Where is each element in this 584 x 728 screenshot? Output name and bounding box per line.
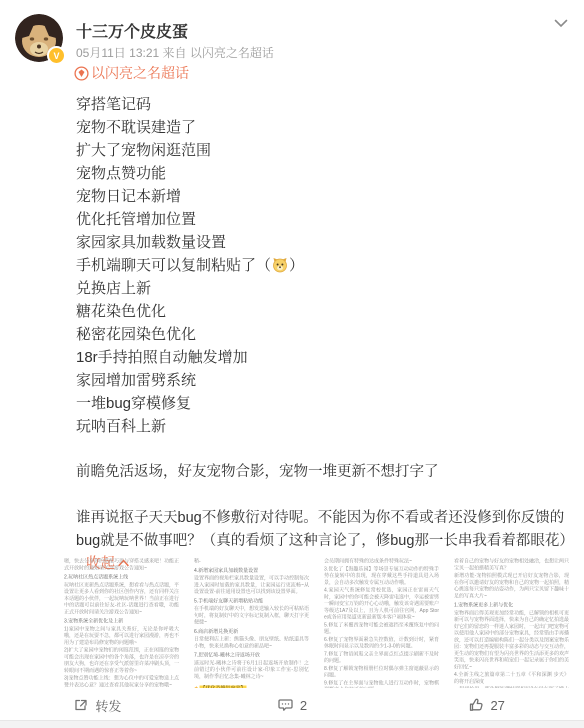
attachment-paragraph: 6.修复了宠物界面紧急失控数值，计数到计时，紧育休眠时间显示以及数周的少1-3-…	[324, 636, 439, 650]
attachment-paragraph: 玩呐社区更新热点话题系统，想看看与热点话题，平设置让更多人看到你的社区创作内容，…	[64, 582, 179, 616]
attachment-paragraph: 遥远时光-曦林之诗将于6月1日起返场开放制作！之前错过的小伙伴可前往设计家-印象…	[194, 660, 309, 680]
chevron-down-icon[interactable]	[554, 16, 568, 26]
post-line: 穿搭笔记码	[76, 93, 574, 116]
attachment-text-column[interactable]: 看着自己的宠物与好友的宠物相处融洽，也想让两只宝贝一起拍摄精美写真？新增功能-宠…	[454, 556, 569, 688]
attachment-heading: 4.新增家园家具加载数量设置	[194, 567, 309, 574]
attachment-paragraph: 一起初始说，那生糖矩骤结联机吗?在觉东深了增十堰	[454, 686, 569, 688]
attachment-text-column[interactable]: 会员期间拥有特殊的达成条件特殊玩法~3.优化了【海趣乐园】等场景专属互动动作的特…	[324, 556, 439, 688]
post-paragraph-pets: 前瞻免活返场，好友宠物合影，宠物一堆更新不想打字了	[76, 461, 574, 484]
attachment-paragraph: 1)家园中宠物之间与家具关系好，无论是你呼吸大哦，还是在玩耍不急，都可以进行家园…	[64, 626, 179, 646]
attachment-highlight: ★【优化及修复内容】	[194, 685, 309, 688]
action-bar: 转发 2 27	[0, 690, 584, 720]
post-line: 家园家具加载数量设置	[76, 231, 574, 254]
post-line: 一堆bug穿模修复	[76, 392, 574, 415]
attachment-paragraph: 8.修复了解锁宠物相册栏位时偶尔弹主窗遮蔽显示的问题。	[324, 665, 439, 679]
attachment-heading: 5.手机端好友聊天新增粘贴功能	[194, 598, 309, 605]
post-line: 兑换店上新	[76, 277, 574, 300]
attachment-paragraph: 3)宠物点赞功能上线：想为心仪中的可爱宠物送上点赞并表达心意？通过查看其他玩家分…	[64, 675, 179, 688]
attachment-paragraph: 宠物界面后得美观更加经常功能，已解锁的相机可更新可以与宠物界面选择，快来为自己的…	[454, 610, 569, 671]
attachment-paragraph: 7.修复了物语闲逛父亲主界面点红点提示刷新不及时的问题。	[324, 651, 439, 665]
post-line: 家园增加雷劈系统	[76, 369, 574, 392]
username[interactable]: 十三万个皮皮蛋	[76, 19, 188, 42]
like-icon	[468, 697, 484, 713]
post-line: 扩大了宠物闲逛范围	[76, 139, 574, 162]
attachment-heading: 3.宠物系统全新优化及上新	[64, 618, 179, 625]
bottom-divider	[0, 720, 584, 728]
supertopic-badge-icon	[74, 66, 89, 81]
attachment-images[interactable]: 嗯，快去分享你的搭配巧思与穿搭灵感来吧！功能正式开放时的通知请关注游戏公告通知~…	[64, 556, 570, 688]
repost-button[interactable]: 转发	[0, 696, 195, 715]
post-line: 宠物点赞功能	[76, 162, 574, 185]
repost-icon	[73, 697, 89, 713]
weibo-post-card: V 十三万个皮皮蛋 05月11日 13:21 来自 以闪亮之名超话 以闪亮之名超…	[0, 0, 584, 728]
post-line: 手机端聊天可以复制粘贴了（）	[76, 254, 574, 277]
attachment-heading: 1.宠物系统更多上新与优化	[454, 602, 569, 609]
attachment-paragraph: 嗯，快去分享你的搭配巧思与穿搭灵感来吧！功能正式开放时的通知请关注游戏公告通知~	[64, 558, 179, 572]
attachment-heading: 2.玩呐社区热点话题系统上线	[64, 574, 179, 581]
attachment-heading: 6.商店新增兑换更新	[194, 628, 309, 635]
like-count: 27	[490, 698, 504, 713]
attachment-paragraph: 5.修复了米覆西宠物可能会被遮挡至米覆恢复中的问题。	[324, 622, 439, 636]
attachment-paragraph: 9.修复了在主界面与宠物他人进行互动作时，宠物棋型概率卡住接近的问题。	[324, 680, 439, 688]
attachment-paragraph: 会员期间拥有特殊的达成条件特殊玩法~	[324, 558, 439, 565]
post-line: 糖花染色优化	[76, 300, 574, 323]
comment-icon	[277, 697, 294, 713]
attachment-paragraph: 新增功能-宠物拍照模式现已开启好友宠物合影，现在你可以邀请好友的宠物和自己的宠物…	[454, 573, 569, 600]
attachment-text-column[interactable]: 嗯，快去分享你的搭配巧思与穿搭灵感来吧！功能正式开放时的通知请关注游戏公告通知~…	[64, 556, 179, 688]
attachment-text-column[interactable]: 稍-4.新增家园家具加载数量设置设置界面的视角栏家具数量设置，可以手动控制每次进…	[194, 556, 309, 688]
attachment-paragraph: 4.全新主线之旅篇章第二十五章《平和深渊 步天》的将开启深度	[454, 672, 569, 686]
attachment-heading: 7.思别忆境-曦林之诗返场开放	[194, 652, 309, 659]
attachment-paragraph: 稍-	[194, 558, 309, 565]
comment-button[interactable]: 2	[195, 697, 390, 713]
repost-label: 转发	[95, 696, 121, 715]
post-line: 优化托管增加位置	[76, 208, 574, 231]
supertopic-link[interactable]: 以闪亮之名超话	[74, 63, 189, 83]
attachment-paragraph: 设置界面的视角栏家具数量设置，可以手动控制每次进入家园时加载的家具数量，让家园运…	[194, 575, 309, 595]
attachment-paragraph: 在手机端的好友聊天中，想发送输入较长的可粘贴语句时，将复制好中的文字标记复制入框…	[194, 606, 309, 626]
post-line: 18r手持拍照自动触发增加	[76, 346, 574, 369]
attachment-paragraph: 3.优化了【海趣乐园】等场景专属互动动作的特殊手势在旋转中的表现，现在穿戴这些手…	[324, 566, 439, 586]
post-line: 宠物日记本新增	[76, 185, 574, 208]
attachment-paragraph: 2)扩大了家园中宠物们的闲逛范围，正在闲逛的宠物可能会出现在家园中的各个角落，也…	[64, 647, 179, 674]
doge-emoji	[272, 257, 288, 273]
attachment-paragraph: 看着自己的宠物与好友的宠物相处融洽，也想让两只宝贝一起拍摄精美写真？	[454, 558, 569, 572]
post-line: 秘密花园染色优化	[76, 323, 574, 346]
supertopic-label: 以闪亮之名超话	[91, 63, 189, 83]
rant-text: 谁再说抠子天天bug不修敷衍对待呢。不能因为你不看或者还没修到你反馈的bug就是…	[76, 510, 574, 549]
verified-badge-icon: V	[47, 46, 66, 65]
post-line: 玩呐百科上新	[76, 415, 574, 438]
post-update-lines: 穿搭笔记码宠物不耽误建造了扩大了宠物闲逛范围宠物点赞功能宠物日记本新增优化托管增…	[76, 93, 574, 438]
post-line: 宠物不耽误建造了	[76, 116, 574, 139]
post-body: 穿搭笔记码宠物不耽误建造了扩大了宠物闲逛范围宠物点赞功能宠物日记本新增优化托管增…	[76, 93, 574, 576]
attachment-paragraph: 4.家园天气系统修复常校优选，家园正在雷雨天气时，家园中的你可能会被天降雷电选中…	[324, 587, 439, 621]
avatar[interactable]: V	[15, 14, 63, 62]
like-button[interactable]: 27	[389, 697, 584, 713]
post-meta: 05月11日 13:21 来自 以闪亮之名超话	[76, 44, 274, 61]
attachment-paragraph: 日常便利店上新：熊猫头像、朋友壁纸、贴纸道具等小物，快来兑换称心如意的新品吧~	[194, 636, 309, 650]
comment-count: 2	[300, 698, 307, 713]
